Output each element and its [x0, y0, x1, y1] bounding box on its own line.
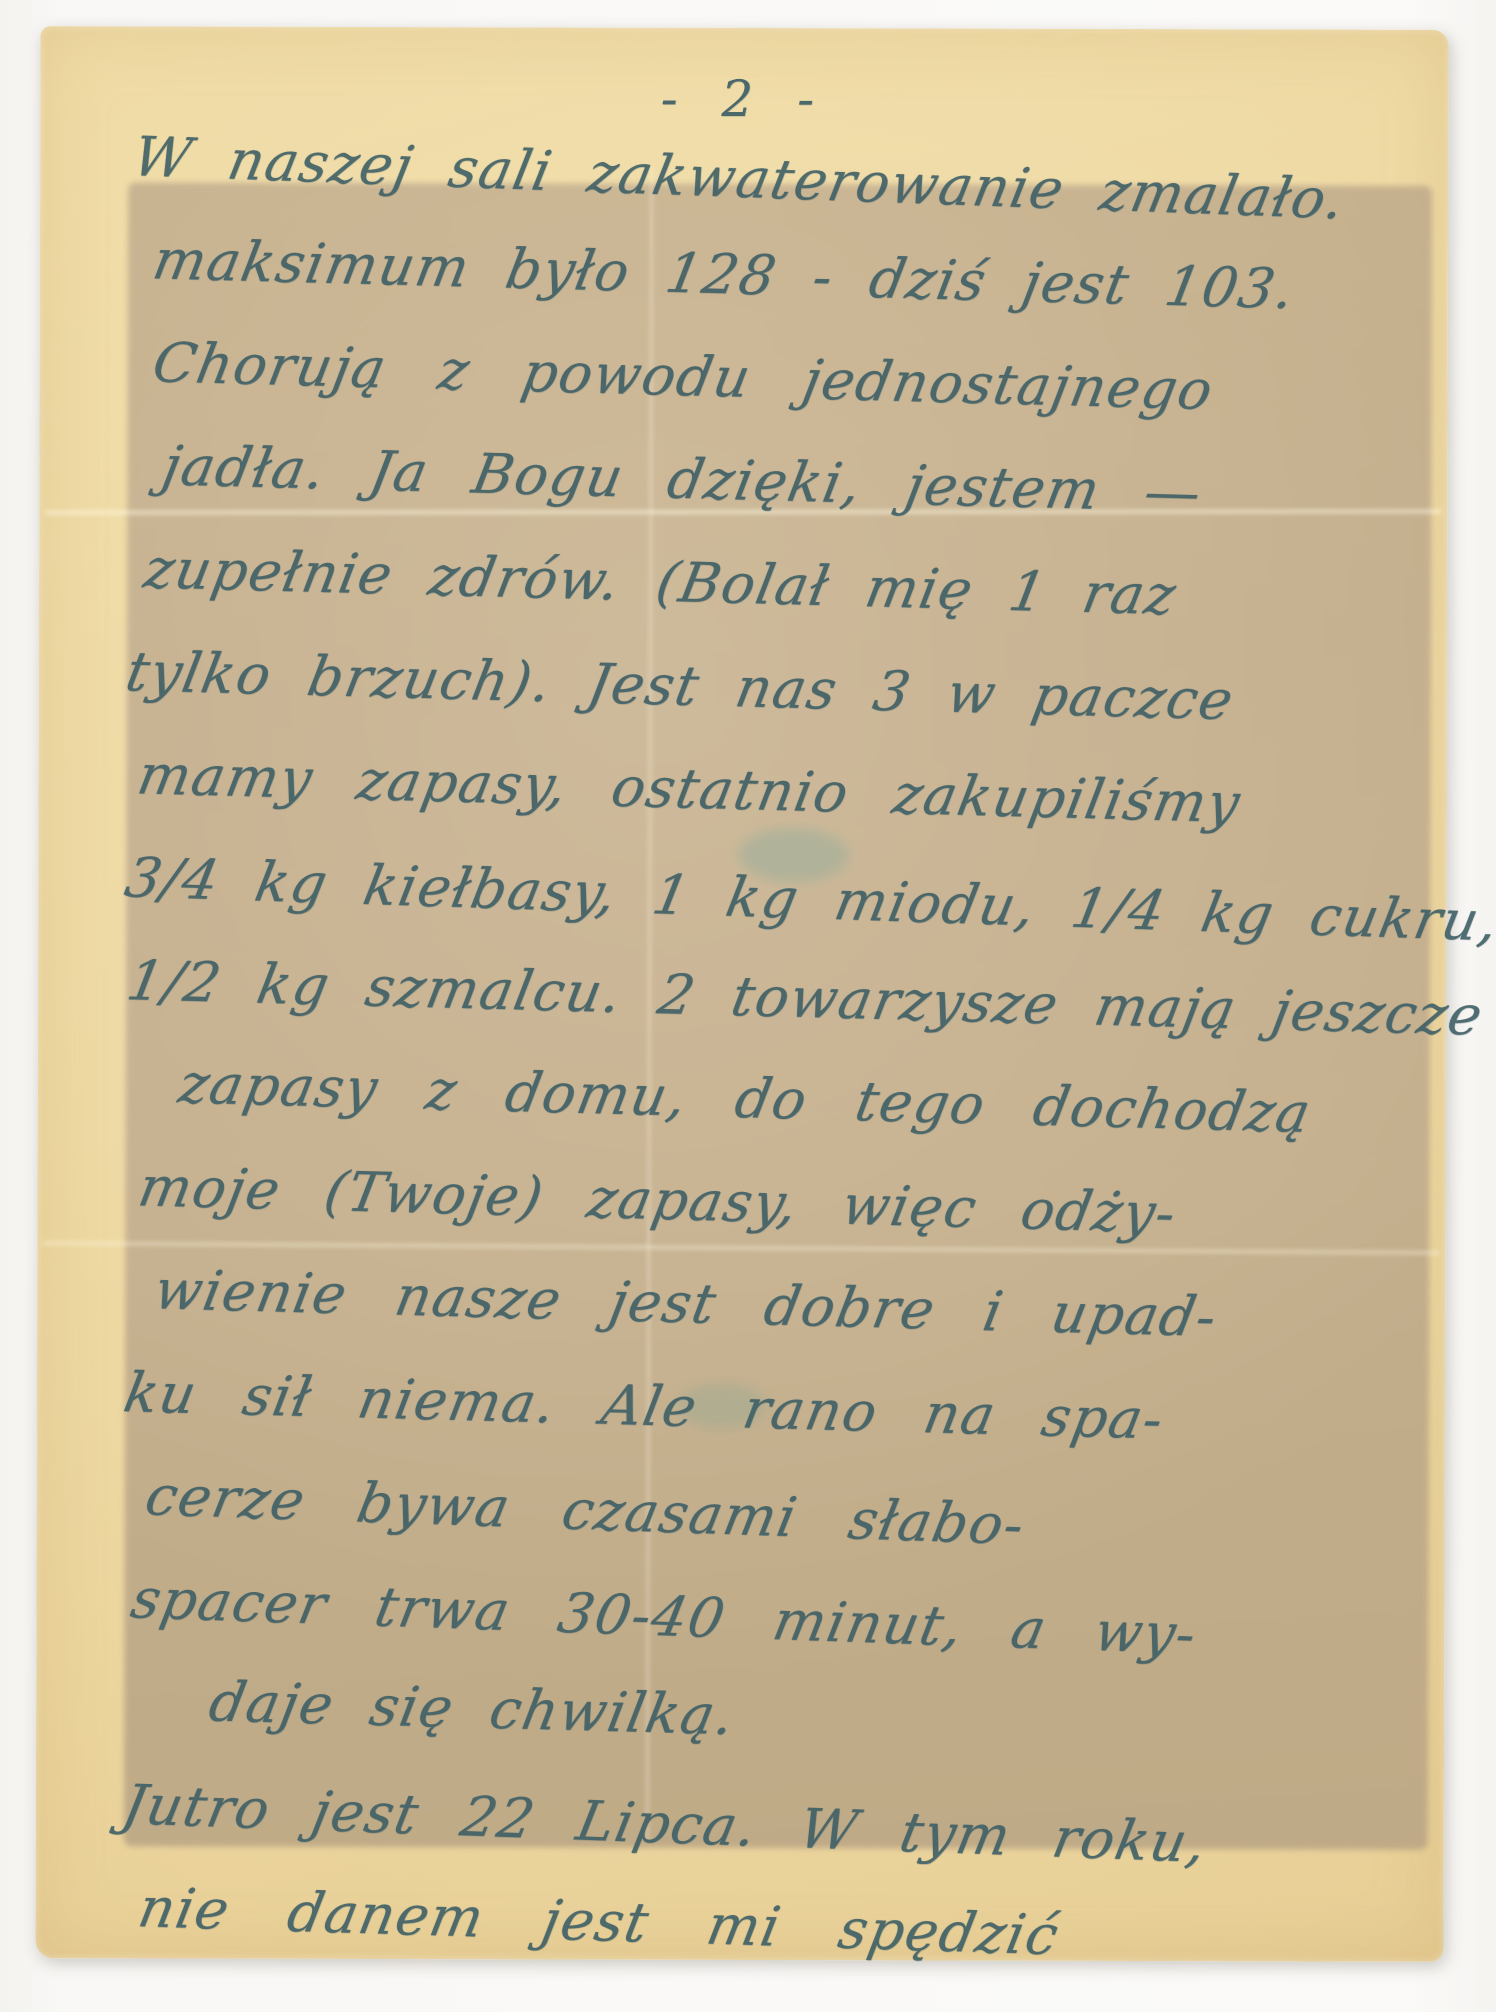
scan-background: - 2 - W naszej sali zakwaterowanie zmala…	[0, 0, 1496, 2012]
letter-body: W naszej sali zakwaterowanie zmalało. ma…	[129, 124, 1422, 1981]
page-number: - 2 -	[40, 68, 1448, 130]
letter-page: - 2 - W naszej sali zakwaterowanie zmala…	[35, 26, 1448, 1962]
